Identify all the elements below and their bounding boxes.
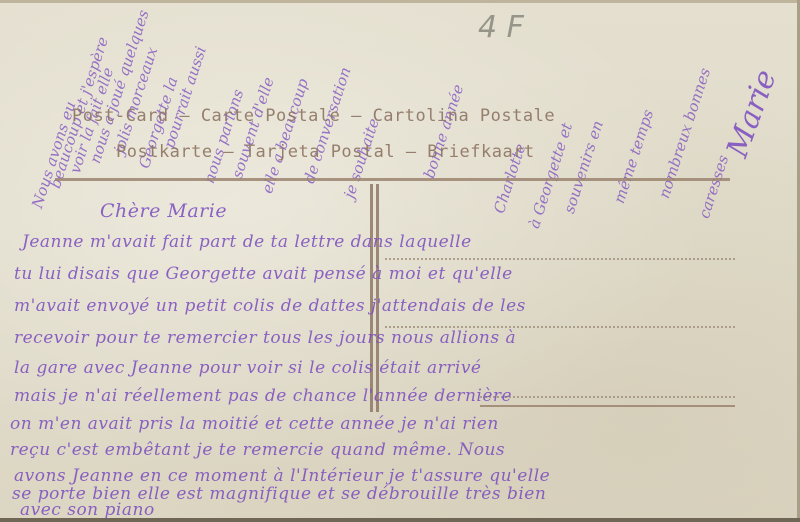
card-top-edge (0, 0, 800, 3)
printed-header-line-2: Postkarte — Tarjeta Postal — Briefkaart (116, 142, 535, 162)
header-rule (55, 178, 730, 181)
body-line-3: m'avait envoyé un petit colis de dattes … (14, 296, 526, 316)
address-line-3 (480, 396, 735, 398)
vertical-note-17: même temps (610, 107, 657, 205)
body-line-9: avons Jeanne en ce moment à l'Intérieur … (14, 466, 550, 486)
vertical-note-19: caresses (695, 153, 732, 221)
body-line-2: tu lui disais que Georgette avait pensé … (14, 264, 513, 284)
vertical-note-13: bonne année (420, 82, 467, 180)
signature: Marie (720, 65, 784, 162)
greeting: Chère Marie (100, 200, 227, 222)
vertical-note-15: à Georgette et (525, 121, 576, 231)
body-line-7: on m'en avait pris la moitié et cette an… (10, 414, 499, 434)
address-line-1 (385, 258, 735, 260)
body-line-8: reçu c'est embêtant je te remercie quand… (10, 440, 505, 460)
body-line-1: Jeanne m'avait fait part de ta lettre da… (22, 232, 472, 252)
body-line-6: mais je n'ai réellement pas de chance l'… (14, 386, 512, 406)
body-line-11: avec son piano (20, 500, 155, 520)
postcard: Nous avons eu beaucoup et j'espère voir … (0, 0, 800, 522)
address-bottom-rule (480, 405, 735, 407)
body-line-4: recevoir pour te remercier tous les jour… (14, 328, 516, 348)
printed-header-line-1: Post-Card — Carte Postale — Cartolina Po… (72, 106, 555, 126)
body-line-5: la gare avec Jeanne pour voir si le coli… (14, 358, 482, 378)
pencil-mark: 4 F (478, 10, 524, 45)
